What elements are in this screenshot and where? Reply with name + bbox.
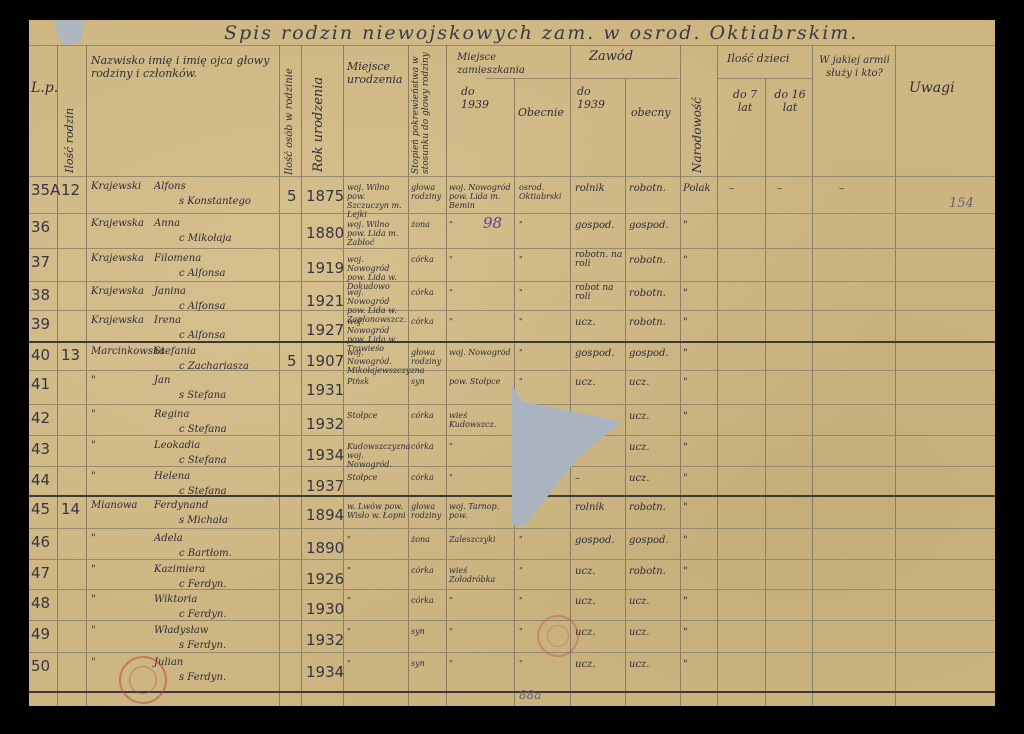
col-line <box>57 45 58 706</box>
cell-lp: 48 <box>31 598 50 609</box>
cell-occnow: robotn. <box>629 566 666 577</box>
header-bottom-line <box>29 176 995 177</box>
col-line <box>625 78 626 706</box>
cell-birthplace: Kudowszczyzna woj. Nowogród. <box>347 442 407 469</box>
cell-relation: żona <box>411 220 447 229</box>
cell-resnow: " <box>519 535 583 544</box>
cell-relation: córka <box>411 411 447 420</box>
cell-occnow: robotn. <box>629 317 666 328</box>
cell-nat: " <box>683 627 688 638</box>
cell-lp: 50 <box>31 661 50 672</box>
row-separator <box>29 341 995 343</box>
cell-lp: 45 <box>31 504 50 515</box>
cell-lp: 37 <box>31 257 50 268</box>
page-number-top: 154 <box>949 196 974 211</box>
cell-surname: Mianowa <box>91 500 137 511</box>
cell-surname: Krajewska <box>91 286 144 297</box>
cell-lp: 47 <box>31 568 50 579</box>
cell-year: 1930 <box>306 604 344 615</box>
page-number-bottom: 88a <box>519 688 541 702</box>
cell-res1939: " <box>449 255 513 264</box>
cell-occ1939: ucz. <box>575 317 596 328</box>
cell-occnow: ucz. <box>629 411 650 422</box>
cell-birthplace: " <box>347 566 407 575</box>
cell-resnow: " <box>519 288 583 297</box>
cell-given: Filomena <box>154 253 201 264</box>
cell-resnow: osrod. Oktiabrski <box>519 183 583 201</box>
cell-given: Wiktoria <box>154 594 197 605</box>
cell-father: c Alfonsa <box>179 301 225 312</box>
cell-surname: " <box>91 625 96 636</box>
col-line <box>765 78 766 706</box>
cell-surname: " <box>91 471 96 482</box>
cell-res1939: woj. Nowogród <box>449 348 513 357</box>
round-stamp <box>119 656 167 704</box>
cell-lp: 42 <box>31 413 50 424</box>
cell-birthplace: " <box>347 627 407 636</box>
cell-occ1939: robot na roli <box>575 284 623 302</box>
cell-year: 1880 <box>306 228 344 239</box>
cell-relation: głowa rodziny <box>411 183 447 201</box>
cell-relation: córka <box>411 596 447 605</box>
purple-annotation: 98 <box>483 218 502 229</box>
cell-occ1939: ucz. <box>575 659 596 670</box>
cell-res1939: " <box>449 220 513 229</box>
cell-year: 1919 <box>306 263 344 274</box>
cell-res1939: " <box>449 317 513 326</box>
cell-year: 1927 <box>306 325 344 336</box>
cell-relation: córka <box>411 473 447 482</box>
cell-birthplace: woj. Nowogród. Mikołajewszczyzna <box>347 348 407 375</box>
cell-res1939: " <box>449 288 513 297</box>
col-line <box>408 45 409 706</box>
cell-year: 1932 <box>306 635 344 646</box>
col-line <box>570 45 571 706</box>
cell-relation: głowa rodziny <box>411 502 447 520</box>
torn-corner <box>55 20 83 46</box>
cell-occnow: ucz. <box>629 627 650 638</box>
cell-lp: 39 <box>31 319 50 330</box>
cell-lp: 46 <box>31 537 50 548</box>
header-nationality: Narodowość <box>691 75 704 173</box>
row-separator <box>29 370 995 371</box>
cell-res1939: " <box>449 596 513 605</box>
cell-nat: " <box>683 566 688 577</box>
header-occupation-1939: do 1939 <box>577 85 621 111</box>
cell-resnow: " <box>519 255 583 264</box>
cell-occ1939: rolnik <box>575 183 605 194</box>
cell-nat: " <box>683 348 688 359</box>
cell-nat: " <box>683 377 688 388</box>
cell-relation: głowa rodziny <box>411 348 447 366</box>
cell-father: s Ferdyn. <box>179 640 226 651</box>
cell-birthplace: Stołpce <box>347 411 407 420</box>
cell-relation: córka <box>411 317 447 326</box>
cell-persons: 5 <box>287 191 297 202</box>
cell-year: 1934 <box>306 450 344 461</box>
cell-res1939: woj. Tarnop. pow. <box>449 502 513 520</box>
document-page: Spis rodzin niewojskowych zam. w osrod. … <box>29 20 995 706</box>
cell-given: Regina <box>154 409 189 420</box>
header-top-line <box>29 45 995 46</box>
cell-given: Anna <box>154 218 180 229</box>
cell-surname: Krajewska <box>91 253 144 264</box>
cell-father: c Alfonsa <box>179 330 225 341</box>
cell-given: Ferdynand <box>154 500 208 511</box>
cell-birthplace: " <box>347 535 407 544</box>
cell-given: Kazimiera <box>154 564 205 575</box>
cell-year: 1926 <box>306 574 344 585</box>
cell-res1939: Zaleszczyki <box>449 535 513 544</box>
cell-surname: " <box>91 409 96 420</box>
cell-year: 1931 <box>306 385 344 396</box>
cell-res1939: " <box>449 473 513 482</box>
header-army: W jakiej armii służy i kto? <box>817 54 892 80</box>
cell-relation: syn <box>411 627 447 636</box>
cell-persons: 5 <box>287 356 297 367</box>
cell-occnow: ucz. <box>629 442 650 453</box>
cell-birthplace: w. Lwów pow. Wisło w. Łopni <box>347 502 407 520</box>
cell-nat: " <box>683 255 688 266</box>
cell-occ1939: gospod. <box>575 220 615 231</box>
cell-occnow: gospod. <box>629 348 669 359</box>
cell-relation: córka <box>411 288 447 297</box>
cell-lp: 38 <box>31 290 50 301</box>
cell-res1939: " <box>449 659 513 668</box>
header-children-7: do 7 lat <box>729 88 761 114</box>
cell-resnow: " <box>519 596 583 605</box>
cell-res1939: woj. Nowogród pow. Lida m. Bemin <box>449 183 513 210</box>
cell-occnow: robotn. <box>629 183 666 194</box>
cell-father: c Alfonsa <box>179 268 225 279</box>
row-separator <box>29 213 995 214</box>
cell-lp: 36 <box>31 222 50 233</box>
cell-given: Janina <box>154 286 186 297</box>
row-separator <box>29 281 995 282</box>
cell-resnow: " <box>519 348 583 357</box>
header-persons: Ilość osób w rodzinie <box>283 50 296 175</box>
header-children: Ilość dzieci <box>727 52 789 65</box>
header-birth-year: Rok urodzenia <box>312 60 325 172</box>
cell-fam: 13 <box>61 350 80 361</box>
cell-nat: " <box>683 442 688 453</box>
cell-birthplace: woj. Nowogród pow. Lida w. Dokudowo <box>347 255 407 291</box>
cell-occ1939: gospod. <box>575 348 615 359</box>
header-residence-1939: do 1939 <box>461 85 505 111</box>
row-separator <box>29 310 995 311</box>
header-occupation-now: obecny <box>631 106 671 119</box>
cell-father: c Bartłom. <box>179 548 232 559</box>
cell-c7: – <box>729 183 734 194</box>
cell-nat: " <box>683 411 688 422</box>
col-line <box>812 45 813 706</box>
cell-father: c Mikołaja <box>179 233 232 244</box>
cell-year: 1907 <box>306 356 344 367</box>
cell-resnow: " <box>519 566 583 575</box>
cell-res1939: pow. Stołpce <box>449 377 513 386</box>
cell-res1939: " <box>449 442 513 451</box>
row-separator <box>29 620 995 621</box>
cell-fam: 12 <box>61 185 80 196</box>
cell-resnow: " <box>519 220 583 229</box>
cell-surname: " <box>91 594 96 605</box>
cell-father: c Stefana <box>179 486 227 497</box>
cell-father: s Stefana <box>179 390 226 401</box>
cell-year: 1890 <box>306 543 344 554</box>
cell-occ1939: ucz. <box>575 377 596 388</box>
cell-fam: 14 <box>61 504 80 515</box>
header-relation: Stopień pokrewieństwa w stosunku do głow… <box>411 48 445 174</box>
cell-year: 1875 <box>306 191 344 202</box>
cell-relation: córka <box>411 255 447 264</box>
cell-resnow: " <box>519 659 583 668</box>
cell-given: Leokadia <box>154 440 200 451</box>
cell-occnow: robotn. <box>629 502 666 513</box>
cell-birthplace: " <box>347 596 407 605</box>
cell-occnow: robotn. <box>629 288 666 299</box>
col-line <box>680 45 681 706</box>
cell-relation: syn <box>411 659 447 668</box>
cell-occnow: ucz. <box>629 377 650 388</box>
cell-nat: " <box>683 473 688 484</box>
cell-lp: 44 <box>31 475 50 486</box>
cell-year: 1894 <box>306 510 344 521</box>
row-separator <box>29 691 995 693</box>
cell-nat: " <box>683 535 688 546</box>
cell-given: Irena <box>154 315 181 326</box>
row-separator <box>29 652 995 653</box>
document-title: Spis rodzin niewojskowych zam. w osrod. … <box>224 22 884 46</box>
cell-nat: " <box>683 317 688 328</box>
header-family-count: Ilość rodzin <box>63 115 76 173</box>
cell-birthplace: woj. Wilno pow. Szczuczyn m. Lejki <box>347 183 407 219</box>
col-line <box>301 45 302 706</box>
cell-relation: syn <box>411 377 447 386</box>
cell-res1939: " <box>449 627 513 636</box>
cell-nat: " <box>683 659 688 670</box>
cell-father: s Ferdyn. <box>179 672 226 683</box>
cell-nat: " <box>683 288 688 299</box>
cell-nat: Polak <box>683 183 711 194</box>
header-children-16: do 16 lat <box>773 88 807 114</box>
cell-nat: " <box>683 502 688 513</box>
round-stamp <box>537 615 579 657</box>
header-occupation: Zawód <box>589 50 633 63</box>
col-line <box>717 45 718 706</box>
cell-occnow: ucz. <box>629 659 650 670</box>
cell-surname: Krajewska <box>91 218 144 229</box>
row-separator <box>29 589 995 590</box>
cell-surname: " <box>91 533 96 544</box>
row-separator <box>29 559 995 560</box>
cell-occnow: gospod. <box>629 220 669 231</box>
cell-given: Helena <box>154 471 190 482</box>
cell-lp: 49 <box>31 629 50 640</box>
cell-birthplace: " <box>347 659 407 668</box>
cell-relation: córka <box>411 566 447 575</box>
cell-occnow: ucz. <box>629 473 650 484</box>
cell-given: Alfons <box>154 181 186 192</box>
cell-c16: – <box>777 183 782 194</box>
cell-given: Władysław <box>154 625 208 636</box>
cell-occ1939: rolnik <box>575 502 605 513</box>
cell-surname: Krajewski <box>91 181 141 192</box>
cell-army: – <box>839 183 844 194</box>
cell-occ1939: ucz. <box>575 596 596 607</box>
cell-lp: 41 <box>31 379 50 390</box>
cell-year: 1932 <box>306 419 344 430</box>
cell-birthplace: Stołpce <box>347 473 407 482</box>
cell-father: c Ferdyn. <box>179 579 227 590</box>
cell-occ1939: gospod. <box>575 535 615 546</box>
row-separator <box>29 248 995 249</box>
header-residence-now: Obecnie <box>518 106 564 119</box>
cell-given: Stefania <box>154 346 196 357</box>
col-line <box>86 45 87 706</box>
cell-resnow: " <box>519 377 583 386</box>
cell-occnow: gospod. <box>629 535 669 546</box>
header-residence: Miejsce zamieszkania <box>457 51 567 77</box>
cell-nat: " <box>683 596 688 607</box>
cell-father: c Stefana <box>179 424 227 435</box>
cell-surname: " <box>91 440 96 451</box>
cell-nat: " <box>683 220 688 231</box>
cell-occnow: ucz. <box>629 596 650 607</box>
cell-given: Jan <box>154 375 170 386</box>
cell-surname: Krajewska <box>91 315 144 326</box>
col-line <box>895 45 896 706</box>
cell-occ1939: – <box>575 473 580 484</box>
cell-res1939: wieś Zołodróbka <box>449 566 513 584</box>
col-line <box>279 45 280 706</box>
cell-given: Adela <box>154 533 183 544</box>
row-separator <box>29 528 995 529</box>
header-remarks: Uwagi <box>909 82 955 95</box>
cell-surname: " <box>91 657 96 668</box>
col-line <box>446 45 447 706</box>
cell-father: c Stefana <box>179 455 227 466</box>
cell-res1939: wieś Kudowszcz. <box>449 411 513 429</box>
cell-father: s Konstantego <box>179 196 251 207</box>
cell-year: 1937 <box>306 481 344 492</box>
cell-relation: córka <box>411 442 447 451</box>
cell-surname: " <box>91 375 96 386</box>
cell-year: 1934 <box>306 667 344 678</box>
header-lp: L.p. <box>31 82 58 95</box>
cell-birthplace: woj. Wilno pow. Lida m. Żabłoć <box>347 220 407 247</box>
cell-father: c Ferdyn. <box>179 609 227 620</box>
cell-occ1939: ucz. <box>575 566 596 577</box>
cell-relation: żona <box>411 535 447 544</box>
cell-occnow: robotn. <box>629 255 666 266</box>
cell-lp: 40 <box>31 350 50 361</box>
cell-surname: " <box>91 564 96 575</box>
cell-father: s Michała <box>179 515 228 526</box>
cell-birthplace: Pińsk <box>347 377 407 386</box>
cell-resnow: " <box>519 317 583 326</box>
cell-occ1939: robotn. na roli <box>575 251 623 269</box>
cell-lp: 43 <box>31 444 50 455</box>
header-name: Nazwisko imię i imię ojca głowy rodziny … <box>91 54 271 80</box>
header-birthplace: Miejsce urodzenia <box>347 60 405 86</box>
cell-year: 1921 <box>306 296 344 307</box>
cell-lp: 35A <box>31 185 60 196</box>
cell-father: c Zachariasza <box>179 361 249 372</box>
